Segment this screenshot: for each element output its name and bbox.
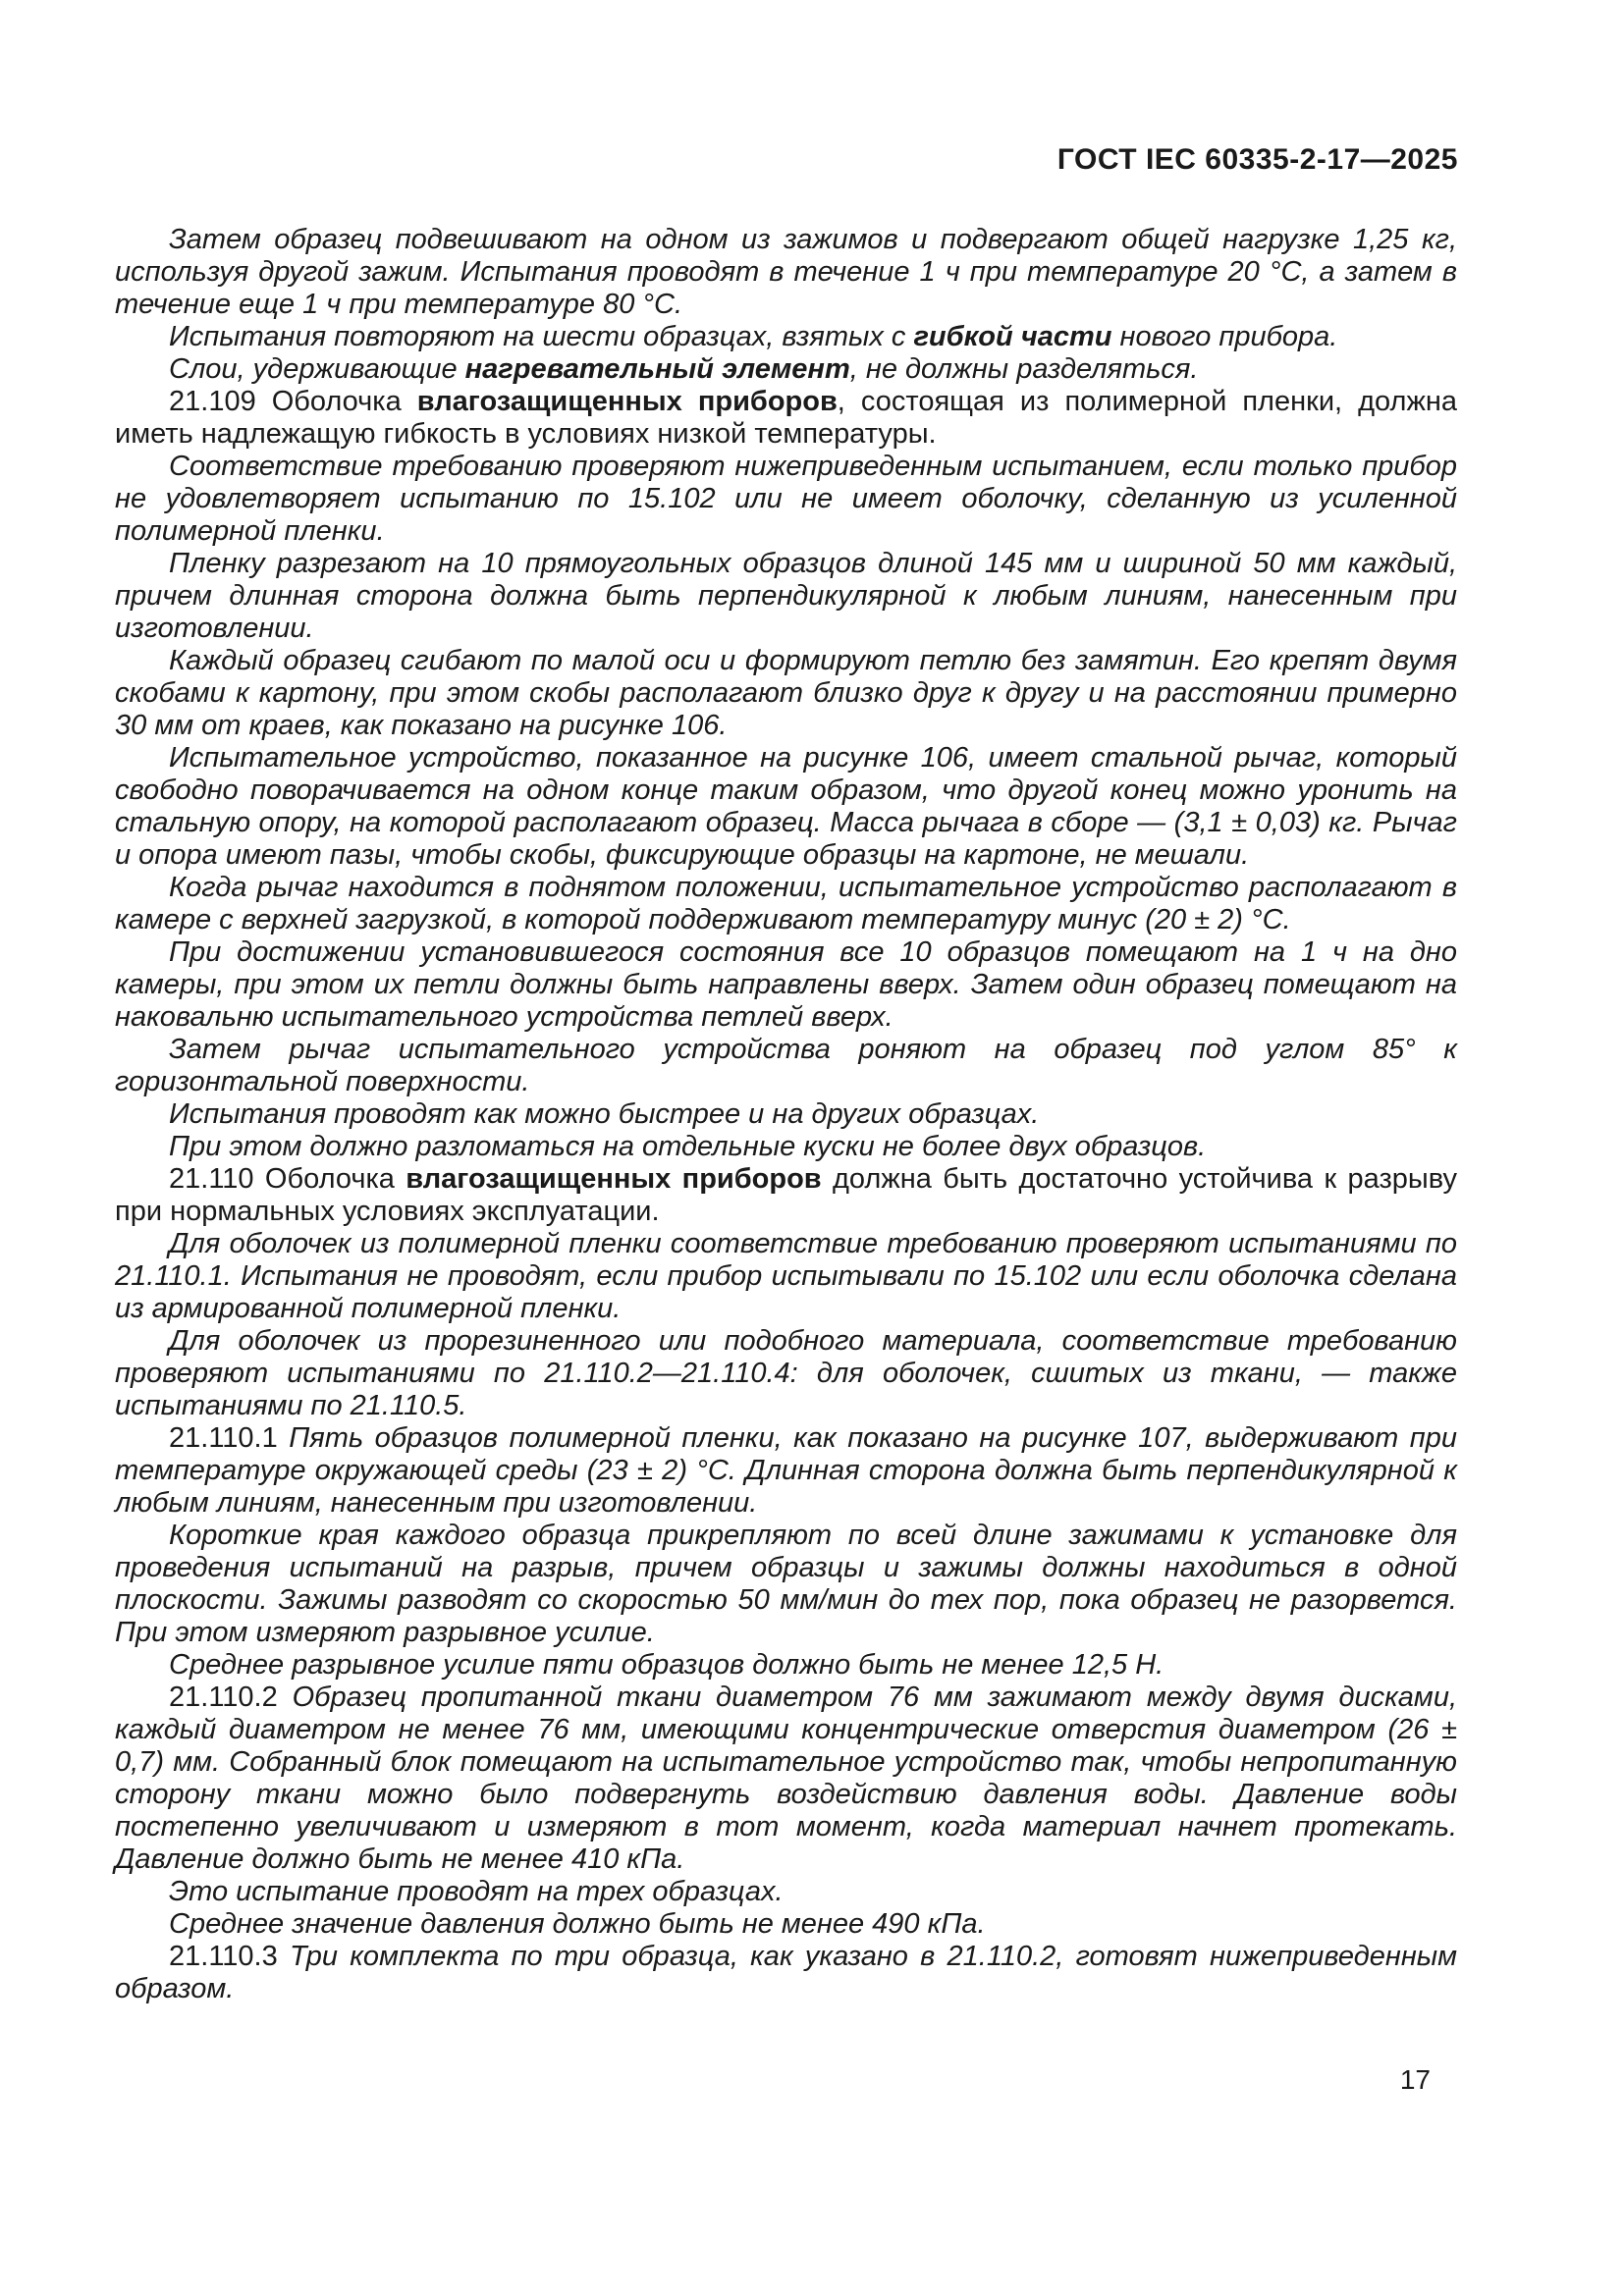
paragraph: Испытательное устройство, показанное на …: [115, 742, 1457, 872]
text-segment: Пять образцов полимерной пленки, как пок…: [115, 1422, 1457, 1519]
paragraph: Среднее разрывное усилие пяти образцов д…: [115, 1649, 1457, 1682]
text-segment: 21.110 Оболочка: [169, 1163, 406, 1195]
text-segment: гибкой части: [913, 321, 1111, 352]
paragraph: Когда рычаг находится в поднятом положен…: [115, 872, 1457, 936]
text-segment: 21.110.2: [169, 1682, 293, 1713]
text-segment: Для оболочек из полимерной пленки соотве…: [115, 1228, 1457, 1324]
text-segment: 21.110.3: [169, 1941, 290, 1972]
paragraph: Для оболочек из полимерной пленки соотве…: [115, 1228, 1457, 1325]
text-segment: Слои, удерживающие: [169, 353, 465, 385]
paragraph: 21.110.2 Образец пропитанной ткани диаме…: [115, 1682, 1457, 1876]
paragraph: Испытания повторяют на шести образцах, в…: [115, 321, 1457, 353]
text-segment: нагревательный элемент: [465, 353, 850, 385]
paragraph: Каждый образец сгибают по малой оси и фо…: [115, 645, 1457, 742]
document-page: ГОСТ IEC 60335-2-17—2025 Затем образец п…: [0, 0, 1624, 2296]
text-segment: влагозащищенных приборов: [417, 386, 838, 417]
text-segment: влагозащищенных приборов: [406, 1163, 821, 1195]
text-segment: Испытания повторяют на шести образцах, в…: [169, 321, 913, 352]
body-text: Затем образец подвешивают на одном из за…: [115, 224, 1457, 2005]
text-segment: Короткие края каждого образца прикрепляю…: [115, 1520, 1457, 1648]
paragraph: Испытания проводят как можно быстрее и н…: [115, 1098, 1457, 1131]
paragraph: Это испытание проводят на трех образцах.: [115, 1876, 1457, 1908]
paragraph: При этом должно разломаться на отдельные…: [115, 1131, 1457, 1163]
paragraph: Затем рычаг испытательного устройства ро…: [115, 1034, 1457, 1098]
paragraph: 21.110.1 Пять образцов полимерной пленки…: [115, 1422, 1457, 1520]
paragraph: Среднее значение давления должно быть не…: [115, 1908, 1457, 1941]
paragraph: Пленку разрезают на 10 прямоугольных обр…: [115, 548, 1457, 645]
text-segment: 21.109 Оболочка: [169, 386, 417, 417]
text-segment: Соответствие требованию проверяют нижепр…: [115, 451, 1457, 547]
text-segment: , не должны разделяться.: [850, 353, 1199, 385]
paragraph: 21.109 Оболочка влагозащищенных приборов…: [115, 386, 1457, 451]
paragraph: Затем образец подвешивают на одном из за…: [115, 224, 1457, 321]
text-segment: Образец пропитанной ткани диаметром 76 м…: [115, 1682, 1457, 1875]
text-segment: При достижении установившегося состояния…: [115, 936, 1457, 1033]
text-segment: Затем рычаг испытательного устройства ро…: [115, 1034, 1457, 1097]
text-segment: Для оболочек из прорезиненного или подоб…: [115, 1325, 1457, 1421]
text-segment: Затем образец подвешивают на одном из за…: [115, 224, 1457, 320]
document-standard-number: ГОСТ IEC 60335-2-17—2025: [1057, 143, 1458, 177]
text-segment: Каждый образец сгибают по малой оси и фо…: [115, 645, 1457, 741]
text-segment: 21.110.1: [169, 1422, 289, 1454]
text-segment: Пленку разрезают на 10 прямоугольных обр…: [115, 548, 1457, 644]
text-segment: Среднее разрывное усилие пяти образцов д…: [169, 1649, 1164, 1681]
page-number: 17: [1400, 2064, 1431, 2096]
paragraph: Соответствие требованию проверяют нижепр…: [115, 451, 1457, 548]
text-segment: Испытательное устройство, показанное на …: [115, 742, 1457, 871]
text-segment: нового прибора.: [1111, 321, 1337, 352]
text-segment: При этом должно разломаться на отдельные…: [169, 1131, 1206, 1162]
text-segment: Когда рычаг находится в поднятом положен…: [115, 872, 1457, 935]
paragraph: При достижении установившегося состояния…: [115, 936, 1457, 1034]
text-segment: Это испытание проводят на трех образцах.: [169, 1876, 784, 1907]
paragraph: 21.110.3 Три комплекта по три образца, к…: [115, 1941, 1457, 2005]
text-segment: Три комплекта по три образца, как указан…: [115, 1941, 1457, 2004]
text-segment: Испытания проводят как можно быстрее и н…: [169, 1098, 1039, 1130]
text-segment: Среднее значение давления должно быть не…: [169, 1908, 986, 1940]
paragraph: 21.110 Оболочка влагозащищенных приборов…: [115, 1163, 1457, 1228]
paragraph: Для оболочек из прорезиненного или подоб…: [115, 1325, 1457, 1422]
paragraph: Короткие края каждого образца прикрепляю…: [115, 1520, 1457, 1649]
paragraph: Слои, удерживающие нагревательный элемен…: [115, 353, 1457, 386]
